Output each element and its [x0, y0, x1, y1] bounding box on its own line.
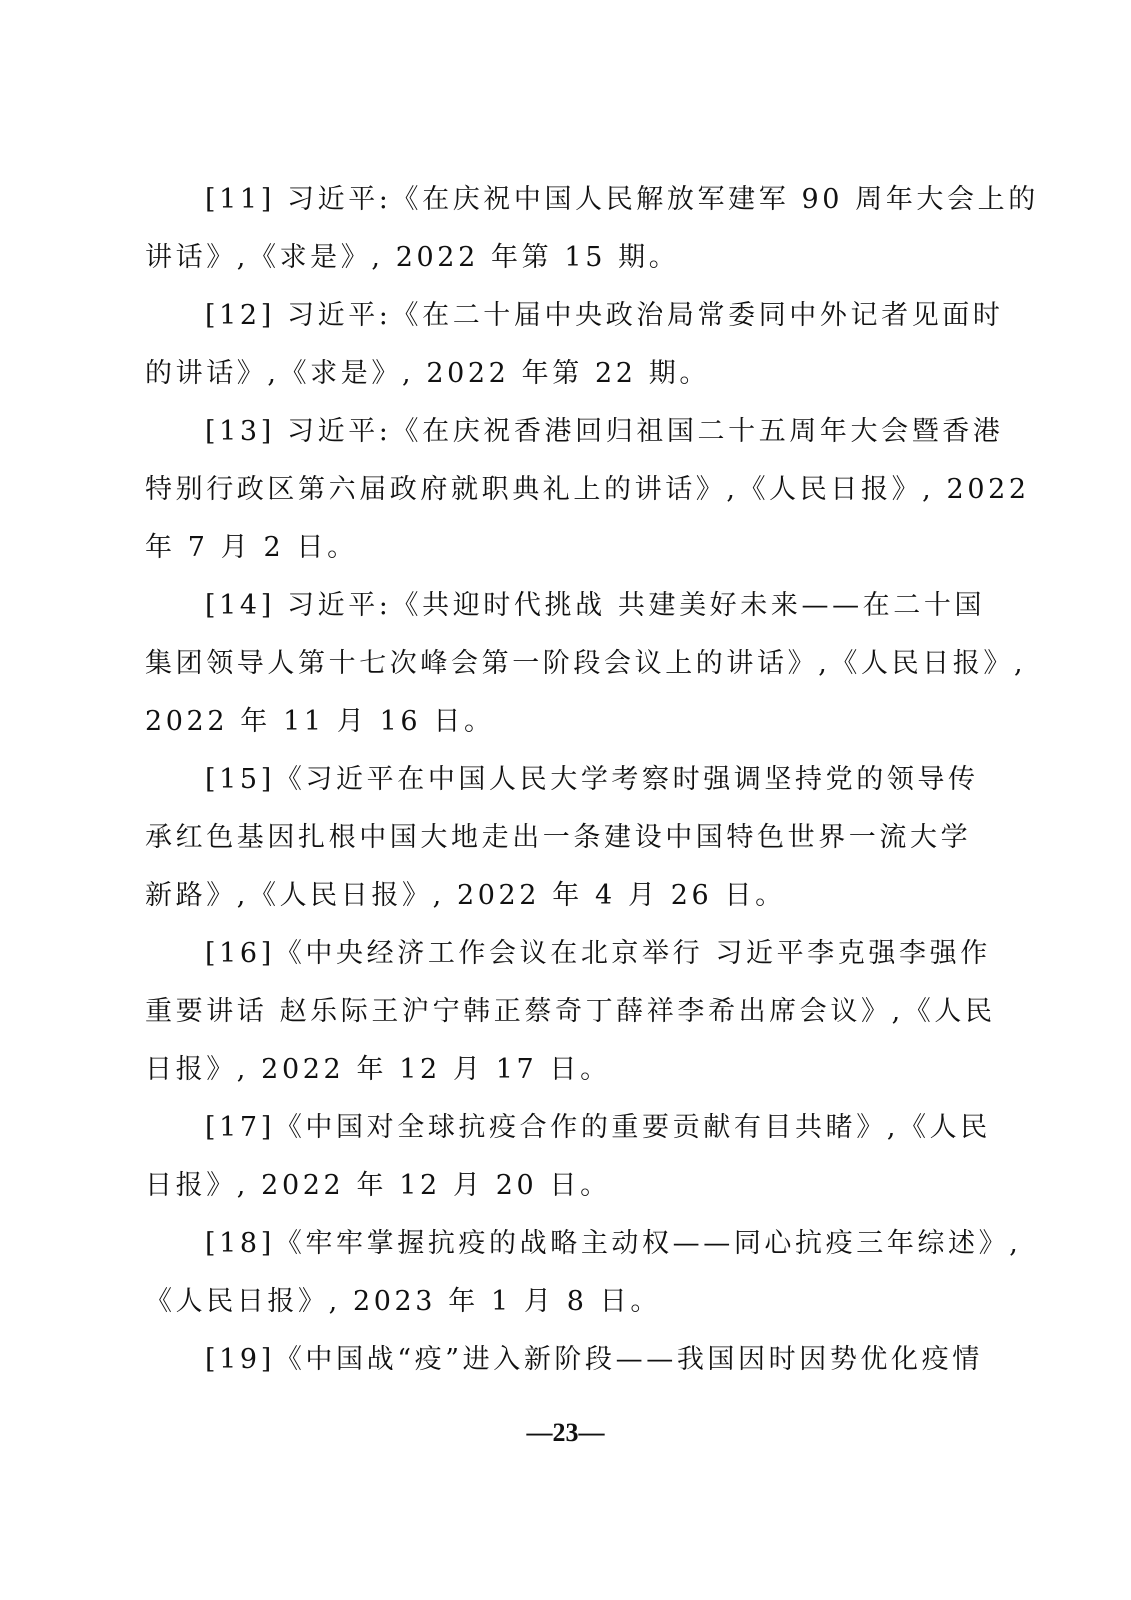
reference-14-line-1: [14] 习近平:《共迎时代挑战 共建美好未来——在二十国: [205, 588, 985, 624]
reference-11-line-1: [11] 习近平:《在庆祝中国人民解放军建军 90 周年大会上的: [205, 182, 1039, 218]
reference-15-line-2: 承红色基因扎根中国大地走出一条建设中国特色世界一流大学: [145, 820, 971, 856]
reference-16-line-3: 日报》, 2022 年 12 月 17 日。: [145, 1052, 611, 1088]
reference-17-line-2: 日报》, 2022 年 12 月 20 日。: [145, 1168, 611, 1204]
reference-13-line-1: [13] 习近平:《在庆祝香港回归祖国二十五周年大会暨香港: [205, 414, 1004, 450]
reference-15-line-3: 新路》,《人民日报》, 2022 年 4 月 26 日。: [145, 878, 786, 914]
reference-13-line-2: 特别行政区第六届政府就职典礼上的讲话》,《人民日报》, 2022: [145, 472, 1030, 508]
reference-12-line-1: [12] 习近平:《在二十届中央政治局常委同中外记者见面时: [205, 298, 1004, 334]
reference-19-line-1: [19]《中国战“疫”进入新阶段——我国因时因势优化疫情: [205, 1342, 983, 1378]
reference-14-line-3: 2022 年 11 月 16 日。: [145, 704, 495, 740]
reference-17-line-1: [17]《中国对全球抗疫合作的重要贡献有目共睹》,《人民: [205, 1110, 991, 1146]
reference-14-line-2: 集团领导人第十七次峰会第一阶段会议上的讲话》,《人民日报》,: [145, 646, 1026, 682]
reference-16-line-1: [16]《中央经济工作会议在北京举行 习近平李克强李强作: [205, 936, 991, 972]
reference-12-line-2: 的讲话》,《求是》, 2022 年第 22 期。: [145, 356, 710, 392]
reference-13-line-3: 年 7 月 2 日。: [145, 530, 358, 566]
reference-16-line-2: 重要讲话 赵乐际王沪宁韩正蔡奇丁薛祥李希出席会议》,《人民: [145, 994, 996, 1030]
reference-18-line-2: 《人民日报》, 2023 年 1 月 8 日。: [145, 1284, 661, 1320]
reference-18-line-1: [18]《牢牢掌握抗疫的战略主动权——同心抗疫三年综述》,: [205, 1226, 1021, 1262]
page-number: —23—: [0, 1418, 1131, 1448]
reference-15-line-1: [15]《习近平在中国人民大学考察时强调坚持党的领导传: [205, 762, 979, 798]
reference-11-line-2: 讲话》,《求是》, 2022 年第 15 期。: [145, 240, 679, 276]
